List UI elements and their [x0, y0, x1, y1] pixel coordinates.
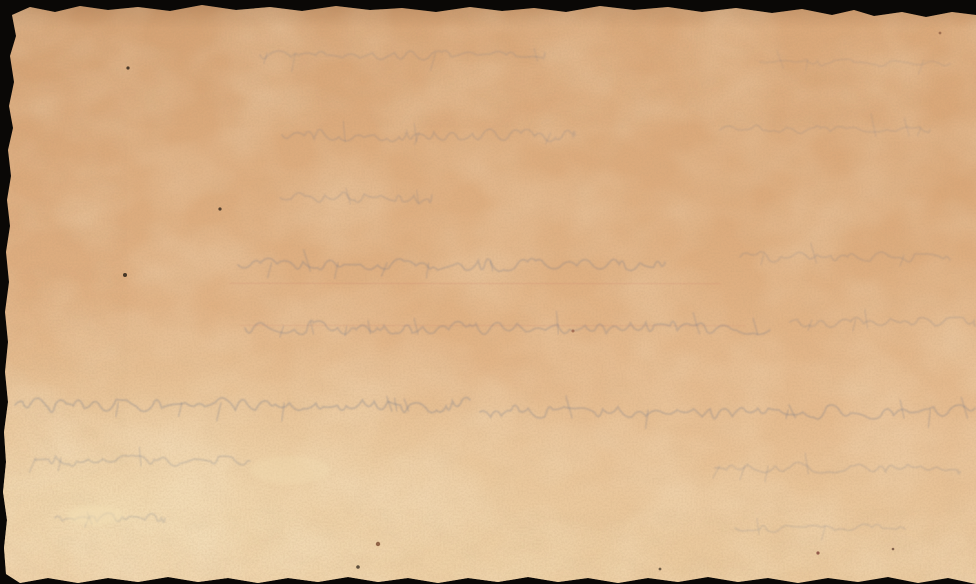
scanner-background — [0, 0, 976, 584]
paper-surface — [0, 0, 976, 584]
paper-sheet — [0, 0, 976, 584]
